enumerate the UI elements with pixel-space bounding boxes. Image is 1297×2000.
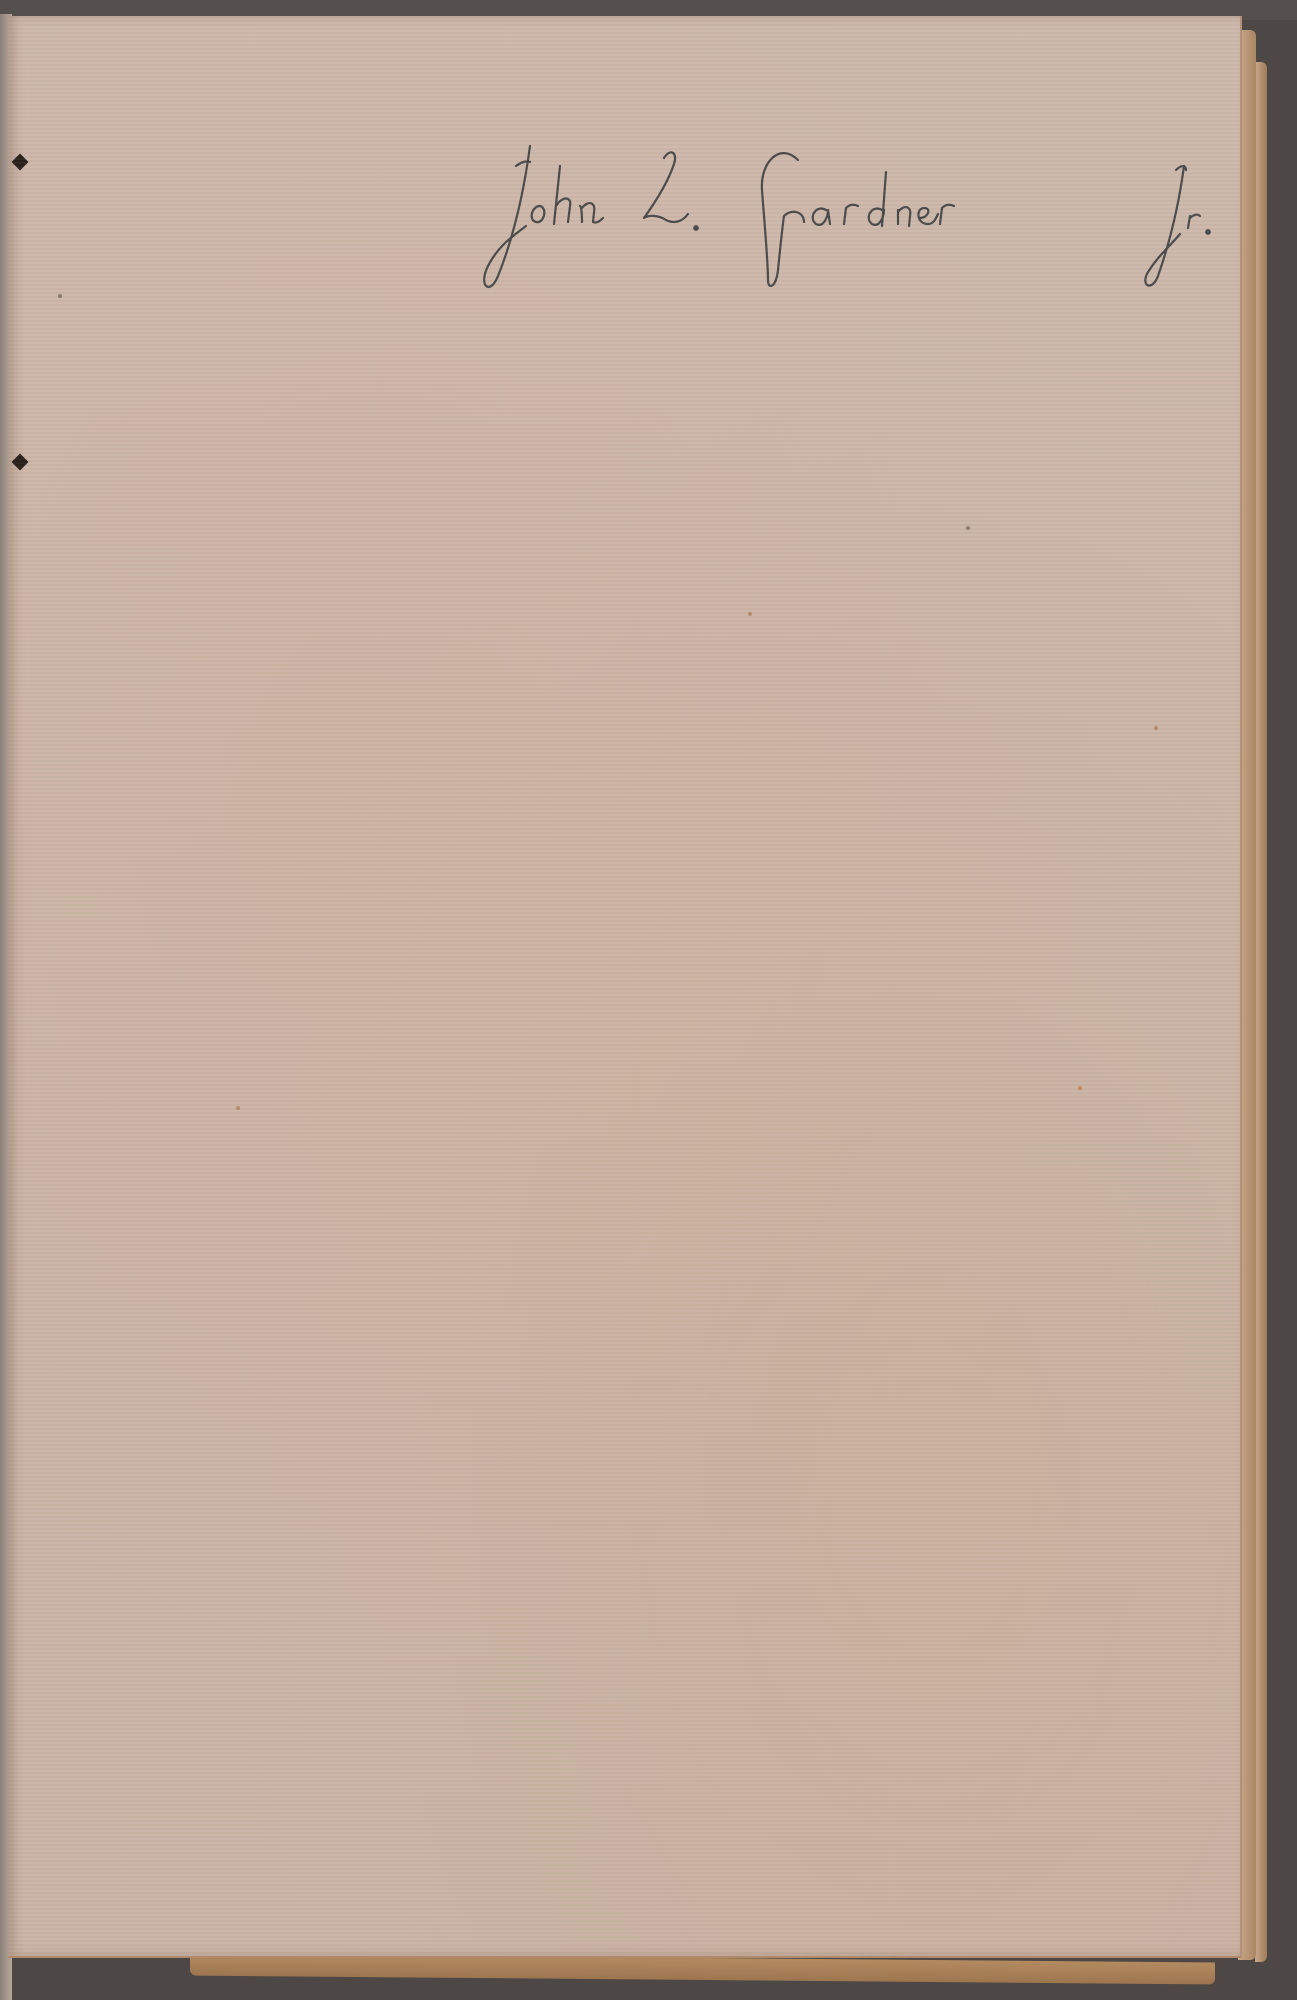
foxing-spot: [966, 526, 970, 530]
handwritten-signature: John L. Gardner Jr.: [468, 136, 1248, 296]
page-edge-bottom: [190, 1954, 1215, 1985]
foxing-spot: [1154, 726, 1158, 730]
book-page: John L. Gardner Jr.: [8, 16, 1242, 1958]
page-edge-stack: [1255, 62, 1267, 1962]
foxing-spot: [58, 294, 62, 298]
foxing-spot: [1078, 1086, 1082, 1090]
binding-stitch: [12, 154, 29, 171]
foxing-spot: [236, 1106, 240, 1110]
binding-stitch: [12, 454, 29, 471]
foxing-spot: [748, 612, 752, 616]
